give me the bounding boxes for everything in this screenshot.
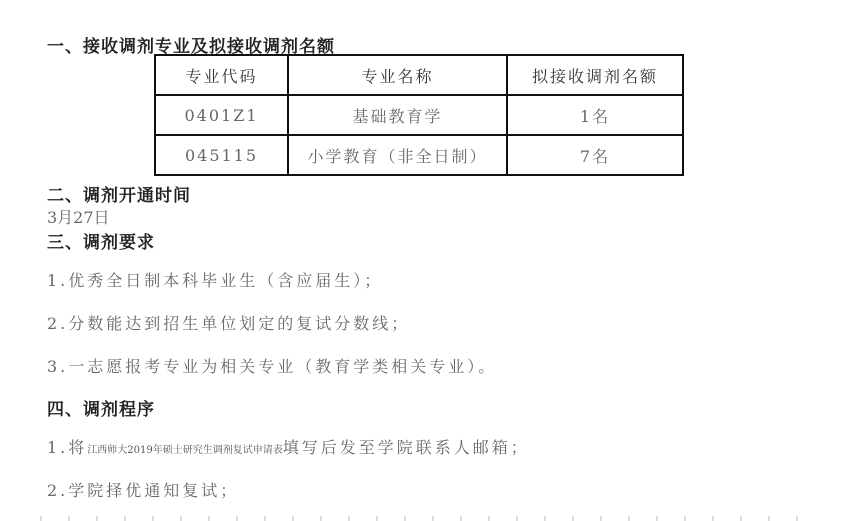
header-major-code: 专业代码	[155, 55, 288, 95]
table-row: 0401Z1 基础教育学 1名	[155, 95, 683, 135]
procedure-suffix: 填写后发至学院联系人邮箱；	[283, 438, 530, 457]
procedure-item: 1.将江西师大2019年硕士研究生调剂复试申请表填写后发至学院联系人邮箱；	[47, 435, 530, 458]
cell-name: 小学教育（非全日制）	[288, 135, 507, 175]
cell-quota: 1名	[507, 95, 683, 135]
procedure-item: 2.学院择优通知复试；	[47, 478, 239, 501]
table-row: 045115 小学教育（非全日制） 7名	[155, 135, 683, 175]
cell-quota: 7名	[507, 135, 683, 175]
section-2-heading: 二、调剂开通时间	[47, 181, 191, 206]
header-major-name: 专业名称	[288, 55, 507, 95]
section-3-heading: 三、调剂要求	[47, 228, 155, 253]
open-date: 3月27日	[47, 205, 110, 228]
application-form-link[interactable]: 江西师大2019年硕士研究生调剂复试申请表	[87, 445, 282, 456]
requirement-item: 3.一志愿报考专业为相关专业（教育学类相关专业）。	[47, 354, 497, 377]
procedure-prefix: 1.将	[47, 438, 87, 457]
section-4-heading: 四、调剂程序	[47, 395, 155, 420]
cell-code: 0401Z1	[155, 95, 288, 135]
cell-name: 基础教育学	[288, 95, 507, 135]
quota-table: 专业代码 专业名称 拟接收调剂名额 0401Z1 基础教育学 1名 045115…	[154, 54, 684, 176]
requirement-item: 1.优秀全日制本科毕业生（含应届生）；	[47, 268, 383, 291]
requirement-item: 2.分数能达到招生单位划定的复试分数线；	[47, 311, 410, 334]
cell-code: 045115	[155, 135, 288, 175]
cut-off-text-line	[40, 516, 820, 521]
header-quota: 拟接收调剂名额	[507, 55, 683, 95]
table-header-row: 专业代码 专业名称 拟接收调剂名额	[155, 55, 683, 95]
